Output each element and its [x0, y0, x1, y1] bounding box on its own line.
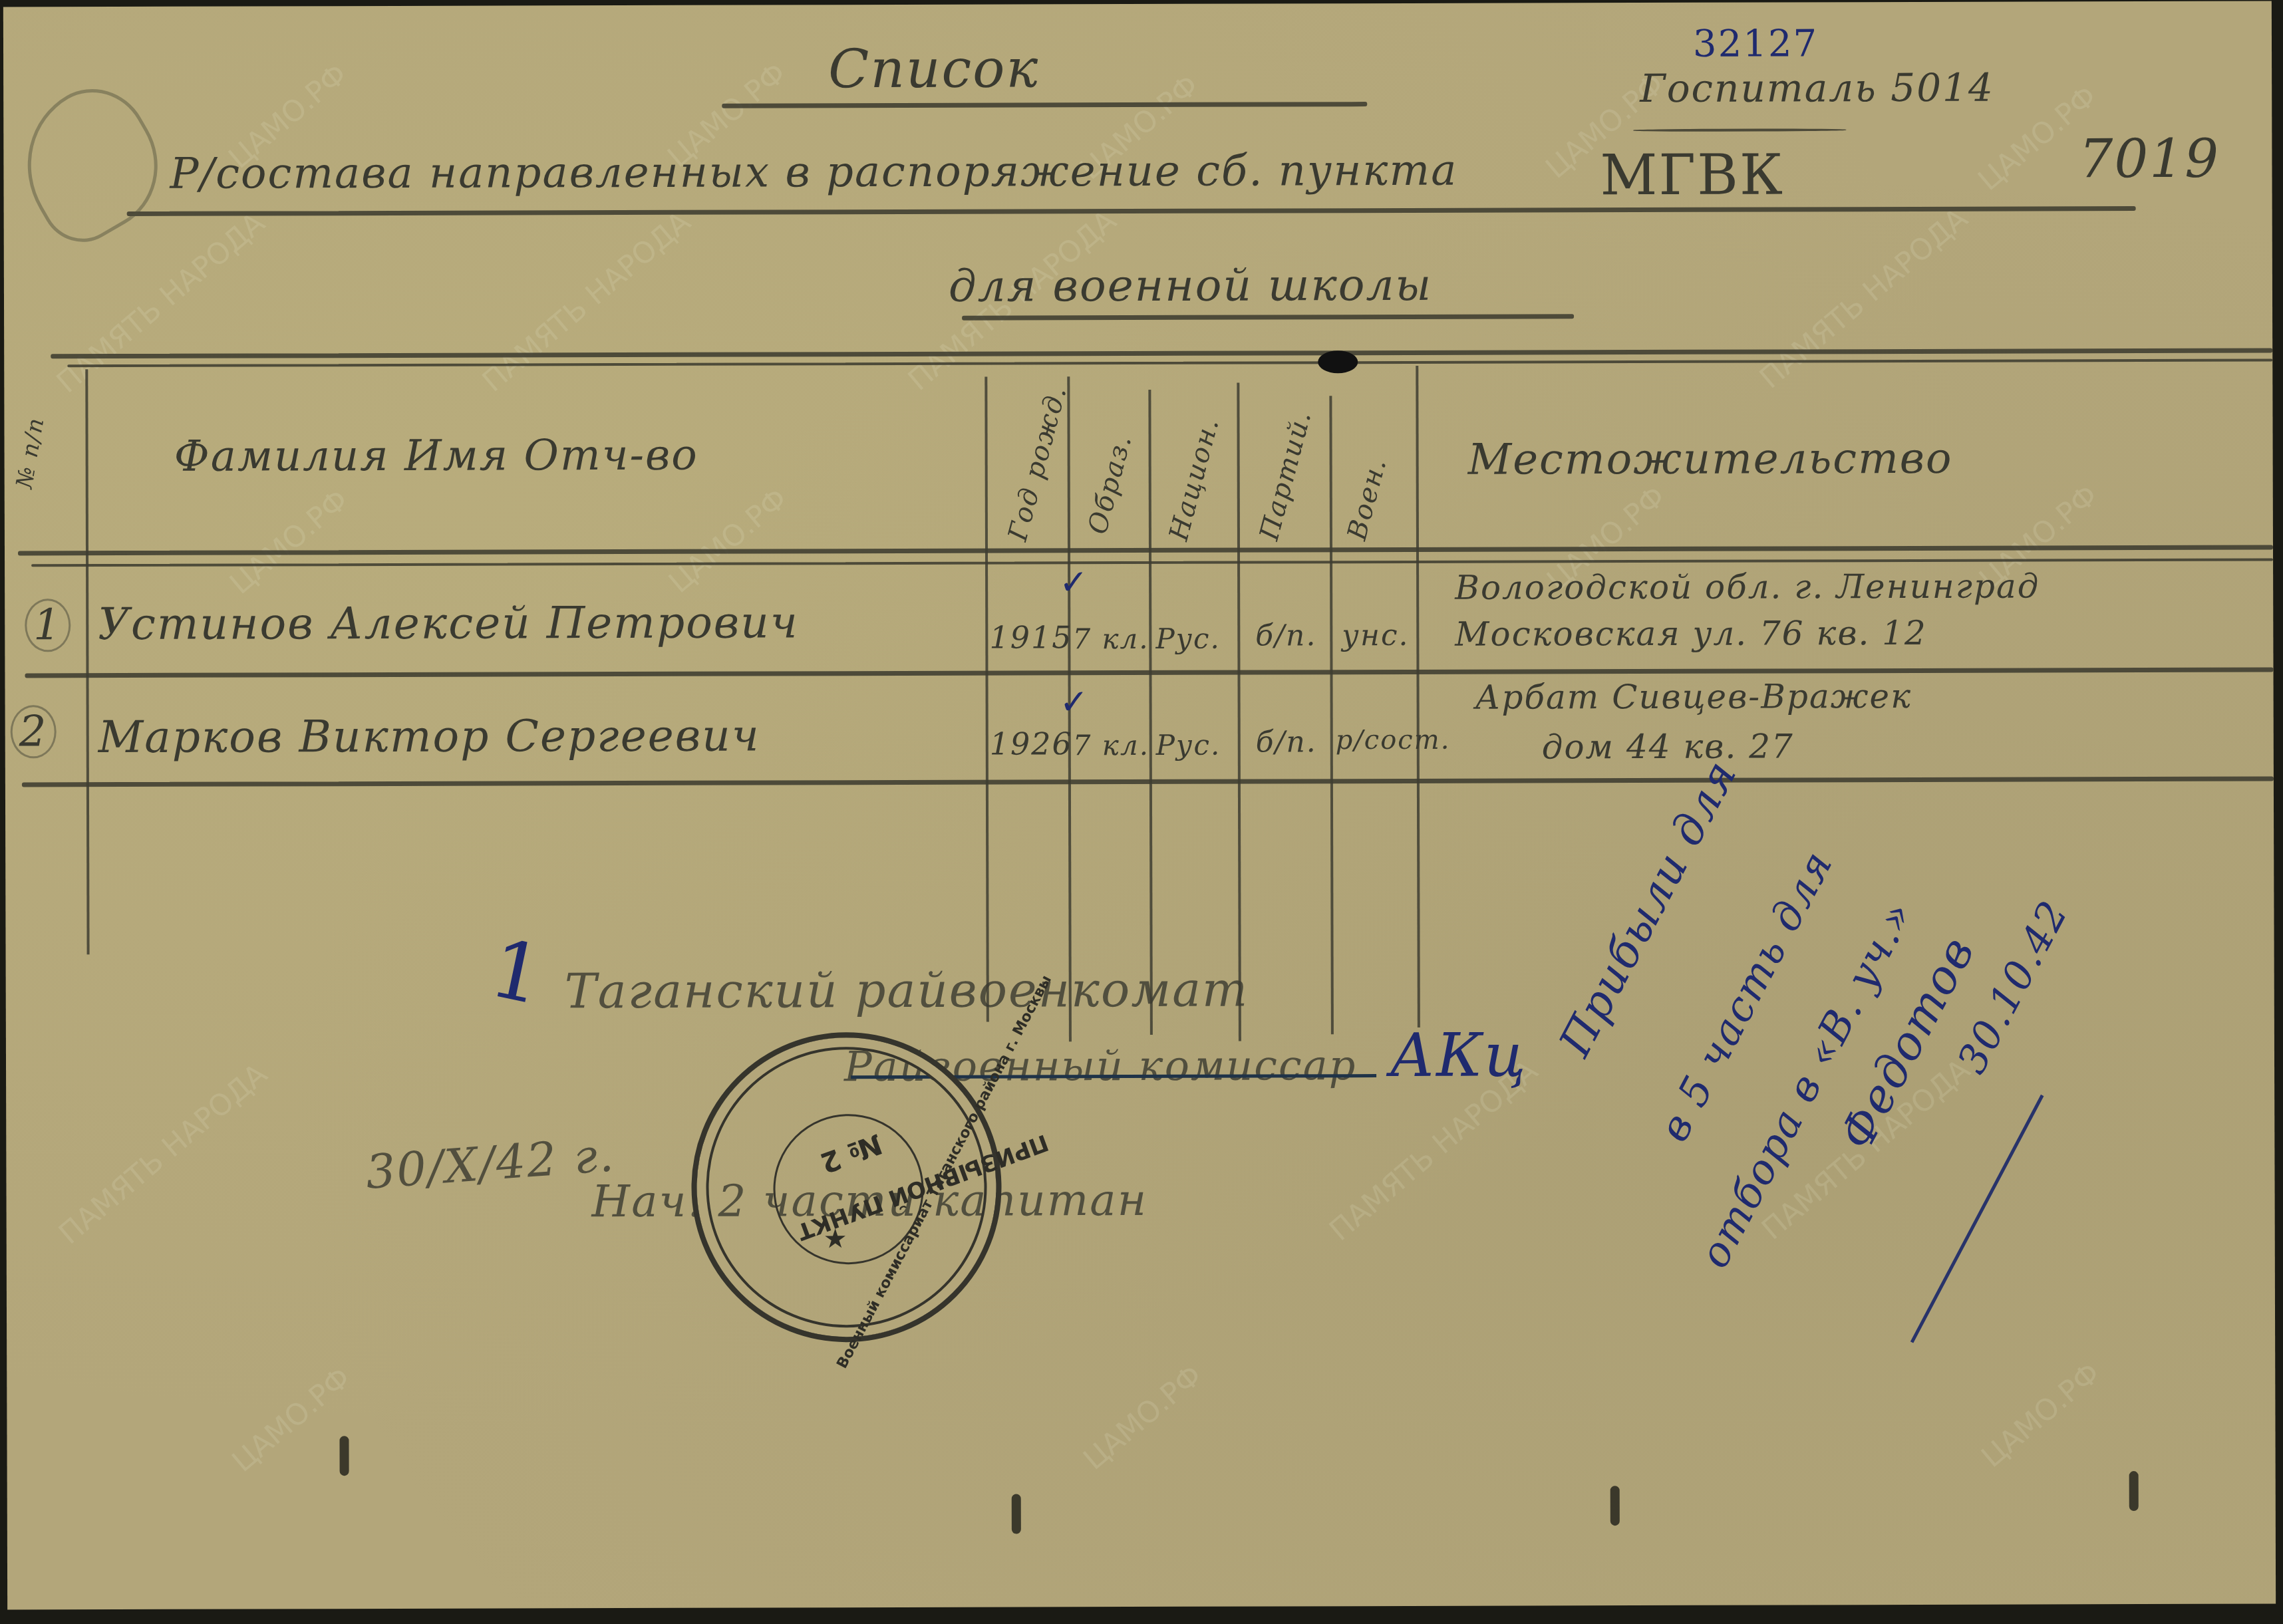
header-bottom-rule-2 [31, 559, 2273, 567]
row-address-line1: Арбат Сивцев-Вражек [1475, 677, 1912, 717]
header-education: Образ. [1082, 431, 1138, 537]
unit-number: 7019 [2079, 128, 2220, 190]
header-name: Фамилия Имя Отч-во [174, 431, 698, 481]
hospital-note: Госпиталь 5014 [1640, 65, 1994, 111]
watermark: ЦАМО.РФ [663, 481, 794, 600]
col-divider [1416, 366, 1420, 1027]
row-birth-year: 1926 [990, 726, 1073, 761]
wavy-underline [1633, 128, 1846, 132]
col-divider [1148, 390, 1153, 1035]
header-num: № п/п [11, 415, 50, 490]
document-page: ЦАМО.РФ ЦАМО.РФ ЦАМО.РФ ЦАМО.РФ ЦАМО.РФ … [3, 1, 2276, 1610]
star-icon: ★ [824, 1224, 847, 1254]
watermark: ЦАМО.РФ [226, 1361, 357, 1479]
col-divider [1329, 396, 1334, 1034]
row-party: б/п. [1256, 725, 1317, 759]
row-address-line2: дом 44 кв. 27 [1542, 727, 1794, 766]
header-military: Воен. [1342, 454, 1393, 543]
watermark: ЦАМО.РФ [224, 483, 355, 601]
header-nationality: Национ. [1163, 414, 1225, 544]
punch-hole [339, 1436, 349, 1476]
row-name: Марков Виктор Сергеевич [98, 710, 760, 763]
row-address-line1: Вологодской обл. г. Ленинград [1455, 567, 2040, 607]
col-divider [85, 369, 89, 954]
title-underline [722, 102, 1367, 108]
check-mark-icon: ✓ [1060, 682, 1090, 722]
subtitle-rule [127, 206, 2136, 216]
watermark: ЦАМО.РФ [1975, 1356, 2106, 1474]
header-party: Партий. [1254, 407, 1318, 544]
table-top-rule [51, 348, 2272, 359]
subtitle-line2: для военной школы [949, 259, 1433, 312]
table-row: 2 Марков Виктор Сергеевич ✓ 1926 7 кл. Р… [3, 1, 2272, 7]
table-top-rule-2 [67, 359, 2272, 368]
check-mark-icon: ✓ [1059, 563, 1090, 603]
archive-number: 32127 [1693, 22, 1818, 65]
annotation-stroke [1910, 1095, 2044, 1343]
col-divider [1237, 383, 1241, 1041]
col-divider [985, 377, 989, 1022]
punch-hole [2129, 1471, 2139, 1511]
row2-bottom-rule [22, 777, 2274, 787]
row-address-line2: Московская ул. 76 кв. 12 [1455, 614, 1927, 654]
punch-hole [1610, 1486, 1620, 1526]
row-military: унс. [1342, 618, 1409, 652]
signed-date: 30/X/42 г. [364, 1127, 617, 1200]
annotation-date: 30.10.42 [1948, 892, 2077, 1081]
watermark: ПАМЯТЬ НАРОДА [1753, 202, 1974, 395]
row-nationality: Рус. [1155, 622, 1221, 655]
ink-blot [1318, 350, 1358, 373]
commissar-line: Таганский райвоенкомат [565, 962, 1249, 1019]
row-number: 1 [25, 599, 71, 652]
subtitle2-rule [962, 314, 1574, 320]
unit-name: МГВК [1600, 142, 1784, 207]
row-military: р/сост. [1336, 725, 1451, 755]
header-birth-year: Год рожд. [1002, 382, 1073, 545]
row-number: 2 [11, 705, 57, 758]
watermark: ПАМЯТЬ НАРОДА [53, 1057, 273, 1251]
punch-hole [1012, 1494, 1021, 1534]
row-birth-year: 1915 [989, 619, 1072, 655]
official-stamp: Военный комиссариат Таганского района г.… [691, 1032, 1002, 1343]
header-address: Местожительство [1468, 434, 1953, 485]
scribble-mark [0, 69, 183, 257]
watermark: ЦАМО.РФ [1077, 1359, 1208, 1477]
row-education: 7 кл. [1072, 622, 1149, 655]
watermark: ПАМЯТЬ НАРОДА [476, 205, 697, 398]
row-nationality: Рус. [1156, 729, 1221, 761]
row-name: Устинов Алексей Петрович [98, 597, 799, 650]
blue-annotation: 30.10.42 [1948, 892, 2077, 1081]
signature: АКц [1390, 1020, 1527, 1091]
table-row: 1 Устинов Алексей Петрович ✓ 1915 7 кл. … [3, 1, 2272, 7]
count-mark: 1 [482, 922, 552, 1023]
document-title: Список [828, 37, 1039, 100]
header-bottom-rule [18, 545, 2273, 556]
row-education: 7 кл. [1073, 729, 1149, 761]
subtitle-line1: Р/состава направленных в распоряжение сб… [170, 146, 1457, 199]
row-party: б/п. [1255, 618, 1316, 652]
